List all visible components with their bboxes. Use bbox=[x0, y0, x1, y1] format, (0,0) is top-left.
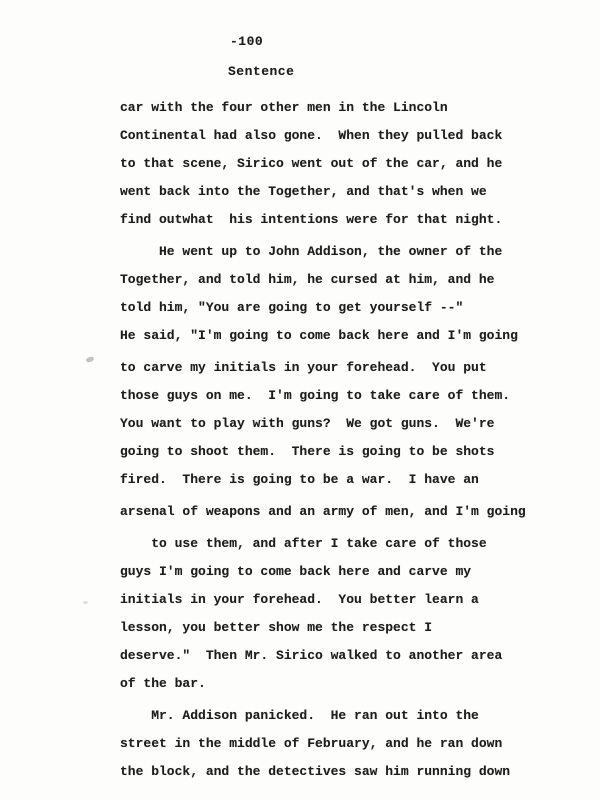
document-page: -100 Sentence car with the four other me… bbox=[0, 0, 600, 800]
transcript-line: find outwhat his intentions were for tha… bbox=[120, 206, 560, 234]
transcript-line: those guys on me. I'm going to take care… bbox=[120, 382, 560, 410]
transcript-line: He went up to John Addison, the owner of… bbox=[120, 238, 560, 266]
scan-smudge bbox=[83, 601, 88, 604]
transcript-line: You want to play with guns? We got guns.… bbox=[120, 410, 560, 438]
transcript-line: told him, "You are going to get yourself… bbox=[120, 294, 560, 322]
transcript-line: of the bar. bbox=[120, 670, 560, 698]
transcript-line: deserve." Then Mr. Sirico walked to anot… bbox=[120, 642, 560, 670]
transcript-line: initials in your forehead. You better le… bbox=[120, 586, 560, 614]
transcript-line: arsenal of weapons and an army of men, a… bbox=[120, 498, 560, 526]
transcript-line: guys I'm going to come back here and car… bbox=[120, 558, 560, 586]
transcript-line: to carve my initials in your forehead. Y… bbox=[120, 354, 560, 382]
transcript-line: to that scene, Sirico went out of the ca… bbox=[120, 150, 560, 178]
transcript-line: Continental had also gone. When they pul… bbox=[120, 122, 560, 150]
transcript-line: He said, "I'm going to come back here an… bbox=[120, 322, 560, 350]
transcript-line: Mr. Addison panicked. He ran out into th… bbox=[120, 702, 560, 730]
transcript-line: to use them, and after I take care of th… bbox=[120, 530, 560, 558]
transcript-line: the block, and the detectives saw him ru… bbox=[120, 758, 560, 786]
transcript-line: street in the middle of February, and he… bbox=[120, 730, 560, 758]
transcript-body: car with the four other men in the Linco… bbox=[120, 94, 560, 786]
transcript-line: went back into the Together, and that's … bbox=[120, 178, 560, 206]
scan-smudge bbox=[85, 356, 94, 363]
transcript-line: car with the four other men in the Linco… bbox=[120, 94, 560, 122]
transcript-line: fired. There is going to be a war. I hav… bbox=[120, 466, 560, 494]
transcript-line: Together, and told him, he cursed at him… bbox=[120, 266, 560, 294]
transcript-line: lesson, you better show me the respect I bbox=[120, 614, 560, 642]
page-title: Sentence bbox=[228, 64, 294, 80]
transcript-line: going to shoot them. There is going to b… bbox=[120, 438, 560, 466]
page-number: -100 bbox=[230, 34, 263, 50]
